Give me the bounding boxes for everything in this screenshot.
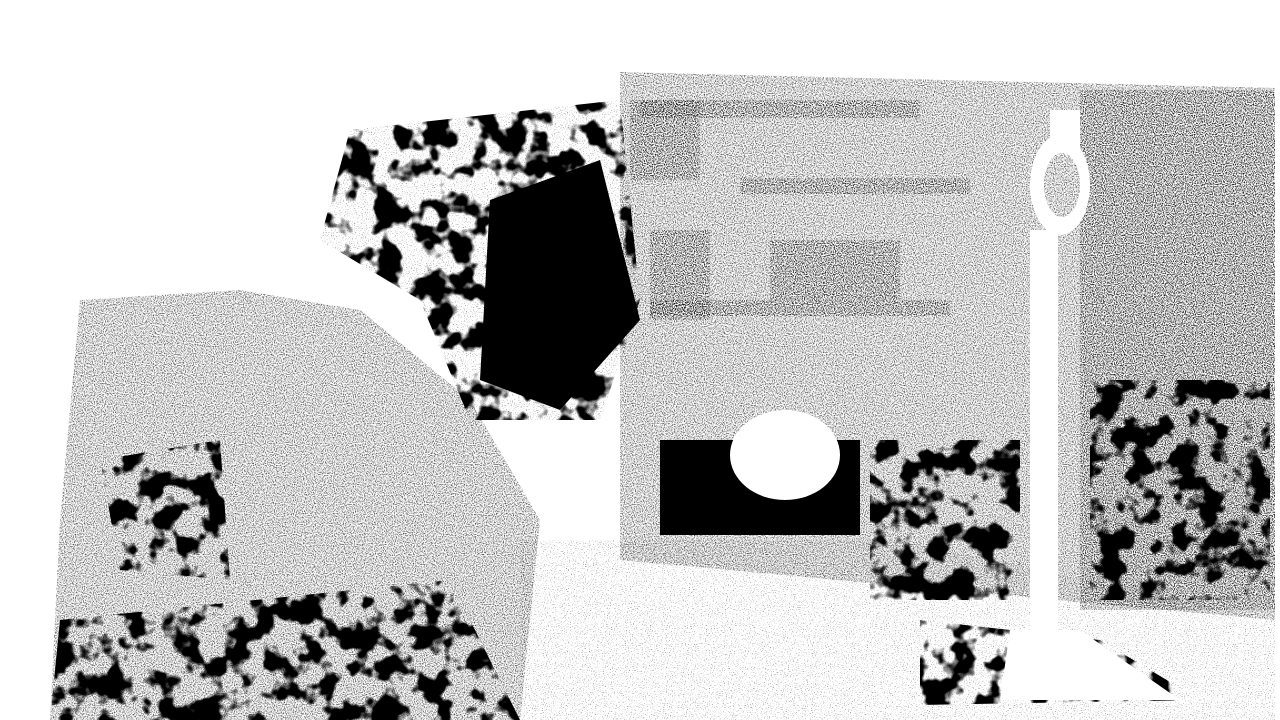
window-upper-mid — [650, 230, 710, 320]
window-mid — [770, 240, 900, 300]
window-upper-left — [630, 100, 700, 180]
right-wall — [1080, 90, 1275, 610]
window-bright-reflection — [730, 410, 840, 500]
dithered-photo — [0, 0, 1280, 720]
